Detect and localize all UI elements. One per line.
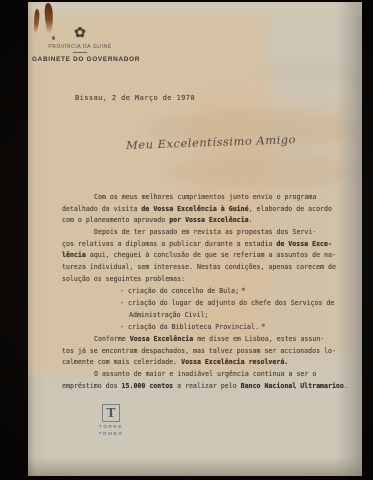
letter-line: tureza individual, sem interesse. Nestas… <box>62 262 358 274</box>
typed-text: - criação do concelho de Bula; <box>120 287 239 295</box>
letter-line: Administração Civil; <box>62 310 358 322</box>
letter-page: ✿ PROVÍNCIA DA GUINÉ GABINETE DO GOVERNA… <box>28 2 362 476</box>
coat-of-arms-icon: ✿ <box>32 26 128 40</box>
letter-line: - criação do concelho de Bula; * <box>62 285 358 298</box>
letter-line: lência aqui, cheguei à conclusão de que … <box>62 250 358 262</box>
typed-text: aqui, cheguei à conclusão de que se refe… <box>86 251 336 259</box>
letter-body: Com os meus melhores cumprimentos junto … <box>62 192 358 392</box>
dateline: Bissau, 2 de Março de 1970 <box>75 94 195 102</box>
typed-text: Administração Civil; <box>129 311 208 319</box>
typed-text: solução os seguintes problemas: <box>62 275 185 283</box>
archive-stamp: T TORRE TOMBO <box>86 404 136 436</box>
letter-line: Conforme Vossa Excelência me disse em Li… <box>62 334 358 346</box>
letter-line: Com os meus melhores cumprimentos junto … <box>62 192 358 204</box>
typed-text: empréstimo dos <box>62 382 122 390</box>
letterhead: ✿ PROVÍNCIA DA GUINÉ GABINETE DO GOVERNA… <box>32 26 128 63</box>
typed-text: Vossa Excelência <box>130 335 194 343</box>
typed-text: lência <box>62 251 86 259</box>
archive-stamp-letter: T <box>107 407 116 419</box>
handwritten-mark: * <box>259 322 265 331</box>
typed-text: de Vossa Excelência à Guiné <box>141 205 248 213</box>
bleed-through-ghost <box>258 60 348 86</box>
typed-text: me disse em Lisboa, estes assun- <box>193 335 324 343</box>
letter-line: ços relativas a diplomas a publicar dura… <box>62 239 358 251</box>
letterhead-province: PROVÍNCIA DA GUINÉ <box>32 44 128 50</box>
typed-text: calmente com mais celeridade. <box>62 358 181 366</box>
letter-line: solução os seguintes problemas: <box>62 274 358 286</box>
typed-text: - criação do lugar de adjunto do chefe d… <box>120 299 334 307</box>
typed-text: por Vossa Excelência <box>169 216 248 224</box>
letter-line: - criação da Biblioteca Provincial. * <box>62 321 358 334</box>
typed-text: Conforme <box>94 335 130 343</box>
archive-stamp-line1: TORRE <box>86 424 136 429</box>
typed-text: Depois de ter passado em revista as prop… <box>94 228 316 236</box>
typed-text: com o planeamento aprovado <box>62 216 169 224</box>
letterhead-office: GABINETE DO GOVERNADOR <box>32 56 128 63</box>
letter-line: tos já se encontram despachados, mas tal… <box>62 346 358 358</box>
archive-stamp-monogram: T <box>102 404 120 422</box>
typed-text: 15.000 contos <box>122 382 174 390</box>
letterhead-rule <box>73 52 87 53</box>
letter-line: calmente com mais celeridade. Vossa Exce… <box>62 357 358 369</box>
typed-text: ços relativas a diplomas a publicar dura… <box>62 240 276 248</box>
scan-background: ✿ PROVÍNCIA DA GUINÉ GABINETE DO GOVERNA… <box>0 0 373 480</box>
typed-text: . <box>249 216 253 224</box>
typed-text: Com os meus melhores cumprimentos junto … <box>94 193 316 201</box>
letter-line: O assunto de maior e inadiável urgência … <box>62 369 358 381</box>
letter-line: detalhado da visita de Vossa Excelência … <box>62 204 358 216</box>
handwritten-mark: * <box>239 286 245 295</box>
archive-stamp-line2: TOMBO <box>86 431 136 436</box>
typed-text: de Vossa Exce- <box>276 240 332 248</box>
typed-text: a realizar pelo <box>173 382 241 390</box>
typed-text: Vossa Excelência resolverá. <box>181 358 288 366</box>
bleed-through-ghost <box>166 154 356 188</box>
typed-text: tureza individual, sem interesse. Nestas… <box>62 263 336 271</box>
typed-text: , elaborado de acordo <box>249 205 332 213</box>
typed-text: - criação da Biblioteca Provincial. <box>120 323 259 331</box>
letter-line: empréstimo dos 15.000 contos a realizar … <box>62 381 358 393</box>
typed-text: detalhado da visita <box>62 205 141 213</box>
typed-text: tos já se encontram despachados, mas tal… <box>62 347 336 355</box>
letter-line: - criação do lugar de adjunto do chefe d… <box>62 298 358 310</box>
letter-line: com o planeamento aprovado por Vossa Exc… <box>62 215 358 227</box>
typed-text: . <box>344 382 348 390</box>
letter-line: Depois de ter passado em revista as prop… <box>62 227 358 239</box>
typed-text: Banco Nacional Ultramarino <box>241 382 344 390</box>
aging-stain <box>28 2 362 16</box>
typed-text: O assunto de maior e inadiável urgência … <box>94 370 316 378</box>
